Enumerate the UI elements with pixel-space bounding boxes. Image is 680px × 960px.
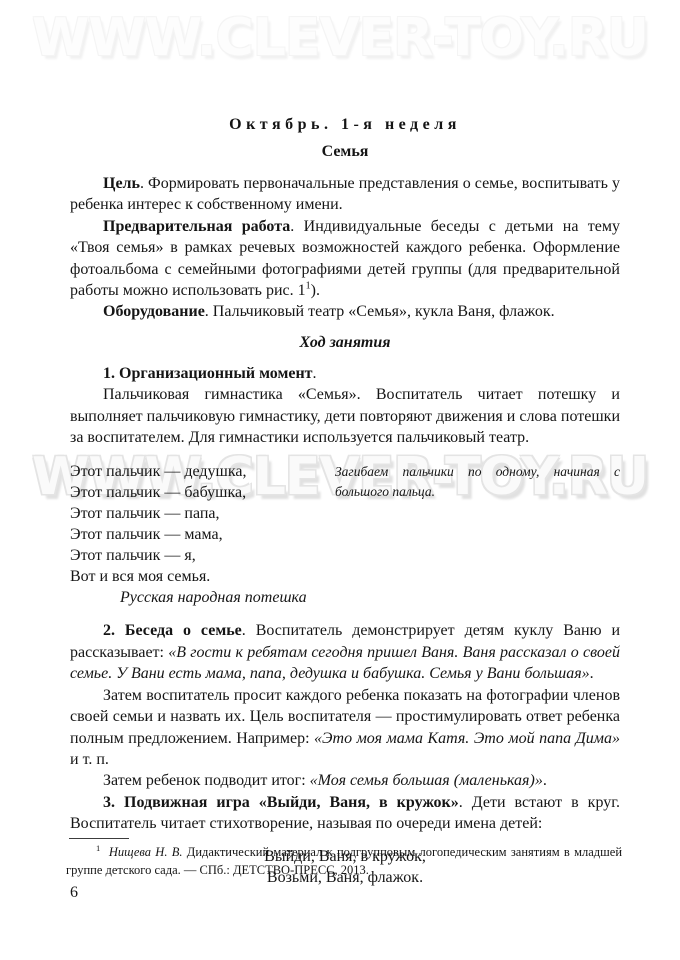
step1-label-period: .: [313, 365, 317, 382]
step3-paragraph: 3. Подвижная игра «Выйди, Ваня, в кружок…: [70, 792, 620, 835]
step2-para2-text-end: и т. п.: [70, 751, 109, 768]
poem-line: Вот и вся моя семья.: [70, 566, 335, 587]
poem-line: Этот пальчик — мама,: [70, 524, 335, 545]
poem-line: Этот пальчик — я,: [70, 545, 335, 566]
equipment-text: . Пальчиковый театр «Семья», кукла Ваня,…: [205, 303, 555, 320]
step1-heading-paragraph: 1. Организационный момент.: [70, 363, 620, 384]
step2-para3-text: Затем ребенок подводит итог:: [103, 772, 310, 789]
page-number: 6: [70, 884, 78, 902]
step2-label: 2. Беседа о семье: [103, 622, 242, 639]
finger-poem: Этот пальчик — дедушка, Этот пальчик — б…: [70, 461, 335, 608]
page-title: Октябрь. 1-я неделя: [70, 116, 620, 134]
footnote-author: Нищева Н. В.: [109, 845, 183, 859]
preparatory-work-text-end: ).: [311, 282, 320, 299]
poem-attribution: Русская народная потешка: [120, 587, 335, 608]
goal-label: Цель: [103, 175, 140, 192]
poem-line: Этот пальчик — дедушка,: [70, 461, 335, 482]
step2-paragraph: 2. Беседа о семье. Воспитатель демонстри…: [70, 620, 620, 684]
section-title: Семья: [70, 143, 620, 161]
step2-paragraph-3: Затем ребенок подводит итог: «Моя семья …: [70, 770, 620, 791]
footnote-section: 1 Нищева Н. В. Дидактический материал к …: [66, 838, 622, 879]
goal-paragraph: Цель. Формировать первоначальные предста…: [70, 173, 620, 216]
preparatory-work-paragraph: Предварительная работа. Индивидуальные б…: [70, 216, 620, 302]
poem-line: Этот пальчик — папа,: [70, 503, 335, 524]
goal-text: . Формировать первоначальные представлен…: [70, 175, 620, 213]
step2-text-end: .: [590, 665, 594, 682]
step1-label: 1. Организационный момент: [103, 365, 313, 382]
step2-paragraph-2: Затем воспитатель просит каждого ребенка…: [70, 685, 620, 771]
document-page: WWW.CLEVER-TOY.RU WWW.CLEVER-TOY.RU Октя…: [0, 0, 680, 960]
equipment-label: Оборудование: [103, 303, 205, 320]
step2-para2-quote: «Это моя мама Катя. Это мой папа Дима»: [314, 730, 620, 747]
equipment-paragraph: Оборудование. Пальчиковый театр «Семья»,…: [70, 301, 620, 322]
finger-poem-section: Этот пальчик — дедушка, Этот пальчик — б…: [70, 461, 620, 608]
watermark-top: WWW.CLEVER-TOY.RU: [32, 8, 648, 68]
page-content: Октябрь. 1-я неделя Семья Цель. Формиров…: [70, 116, 620, 889]
preparatory-work-label: Предварительная работа: [103, 218, 290, 235]
poem-line: Этот пальчик — бабушка,: [70, 482, 335, 503]
footnote-divider: [69, 838, 129, 839]
footnote-text: 1 Нищева Н. В. Дидактический материал к …: [66, 844, 622, 879]
lesson-flow-heading: Ход занятия: [70, 334, 620, 352]
poem-instruction-note: Загибаем пальчики по одному, начиная с б…: [335, 461, 620, 502]
step2-para3-quote: «Моя семья большая (маленькая)»: [310, 772, 543, 789]
step2-para3-text-end: .: [543, 772, 547, 789]
step1-body-paragraph: Пальчиковая гимнастика «Семья». Воспитат…: [70, 384, 620, 448]
footnote-marker: 1: [96, 843, 100, 853]
step3-label: 3. Подвижная игра «Выйди, Ваня, в кружок…: [103, 794, 459, 811]
